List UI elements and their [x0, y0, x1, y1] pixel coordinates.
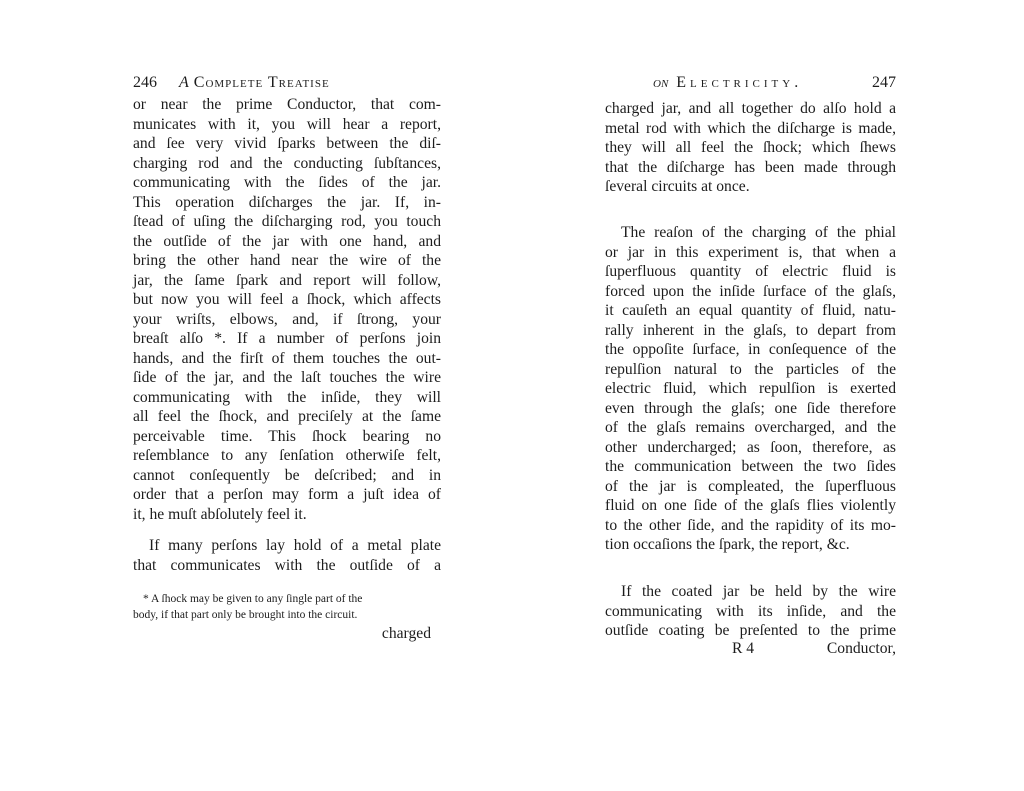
running-title: on Electricity. — [653, 74, 802, 91]
text-line: electric fluid, which repulſion is exert… — [605, 379, 896, 399]
text-line: your wriſts, elbows, and, if ſtrong, you… — [133, 310, 441, 330]
signature-mark: R 4 — [732, 640, 754, 658]
text-line: ſtead of uſing the diſcharging rod, you … — [133, 212, 441, 232]
page-number: 247 — [872, 74, 896, 92]
left-page-header: 246 A Complete Treatise — [133, 74, 441, 96]
text-line: bring the other hand near the wire of th… — [133, 251, 441, 271]
text-line: even through the glaſs; one ſide therefo… — [605, 399, 896, 419]
text-line: communicating with the ſides of the jar. — [133, 173, 441, 193]
text-line: the oppoſite ſurface, in conſequence of … — [605, 340, 896, 360]
text-line: it, he muſt abſolutely feel it. — [133, 505, 441, 525]
text-line: the communication between the two ſides — [605, 457, 896, 477]
text-line: all feel the ſhock, and preciſely at the… — [133, 407, 441, 427]
text-line: or jar in this experiment is, that when … — [605, 243, 896, 263]
text-line: This operation diſcharges the jar. If, i… — [133, 193, 441, 213]
text-line: ſuperfluous quantity of electric fluid i… — [605, 262, 896, 282]
text-line: charging rod and the conducting ſubſtanc… — [133, 154, 441, 174]
text-line: they will all feel the ſhock; which ſhew… — [605, 138, 896, 158]
catchword: charged — [382, 625, 431, 643]
text-line: breaſt alſo *. If a number of perſons jo… — [133, 329, 441, 349]
page-number: 246 — [133, 74, 157, 91]
text-line: repulſion natural to the particles of th… — [605, 360, 896, 380]
text-line: and ſee very vivid ſparks between the di… — [133, 134, 441, 154]
text-line: communicating with the inſide, they will — [133, 388, 441, 408]
text-line: but now you will feel a ſhock, which aff… — [133, 290, 441, 310]
text-line: cannot conſequently be deſcribed; and in — [133, 466, 441, 486]
text-line: or near the prime Conductor, that com- — [133, 95, 441, 115]
running-title: A Complete Treatise — [179, 74, 330, 91]
text-line: perceivable time. This ſhock bearing no — [133, 427, 441, 447]
text-line: forced upon the inſide ſurface of the gl… — [605, 282, 896, 302]
text-line: jar, the ſame ſpark and report will foll… — [133, 271, 441, 291]
text-line: to the other ſide, and the rapidity of i… — [605, 516, 896, 536]
footnote-line: body, if that part only be brought into … — [133, 607, 357, 624]
text-line: of the jar is compleated, the ſuperfluou… — [605, 477, 896, 497]
text-line: communicating with its inſide, and the — [605, 602, 896, 622]
text-line: of the glaſs remains overcharged, and th… — [605, 418, 896, 438]
paragraph-start: If the coated jar be held by the wire — [605, 582, 896, 602]
text-line: rally inherent in the glaſs, to depart f… — [605, 321, 896, 341]
text-line: fluid on one ſide of the glaſs flies vio… — [605, 496, 896, 516]
text-line: that the diſcharge has been made through — [605, 158, 896, 178]
text-line: municates with it, you will hear a repor… — [133, 115, 441, 135]
catchword: Conductor, — [827, 640, 896, 658]
text-line: it cauſeth an equal quantity of fluid, n… — [605, 301, 896, 321]
text-line: order that a perſon may form a juſt idea… — [133, 485, 441, 505]
text-line: tion occaſions the ſpark, the report, &c… — [605, 535, 896, 555]
text-line: metal rod with which the diſcharge is ma… — [605, 119, 896, 139]
text-line: ſeveral circuits at once. — [605, 177, 896, 197]
right-page-header: on Electricity. 247 — [605, 74, 896, 96]
paragraph-start: If many perſons lay hold of a metal plat… — [133, 536, 441, 556]
text-line: ſide of the jar, and the laſt touches th… — [133, 368, 441, 388]
text-line: that communicates with the outſide of a — [133, 556, 441, 576]
text-line: reſemblance to any ſenſation otherwiſe f… — [133, 446, 441, 466]
text-line: the outſide of the jar with one hand, an… — [133, 232, 441, 252]
text-line: charged jar, and all together do alſo ho… — [605, 99, 896, 119]
footnote-line: * A ſhock may be given to any ſingle par… — [143, 591, 362, 608]
text-line: hands, and the firſt of them touches the… — [133, 349, 441, 369]
text-line: outſide coating be preſented to the prim… — [605, 621, 896, 641]
text-line: other undercharged; as ſoon, therefore, … — [605, 438, 896, 458]
paragraph-start: The reaſon of the charging of the phial — [605, 223, 896, 243]
